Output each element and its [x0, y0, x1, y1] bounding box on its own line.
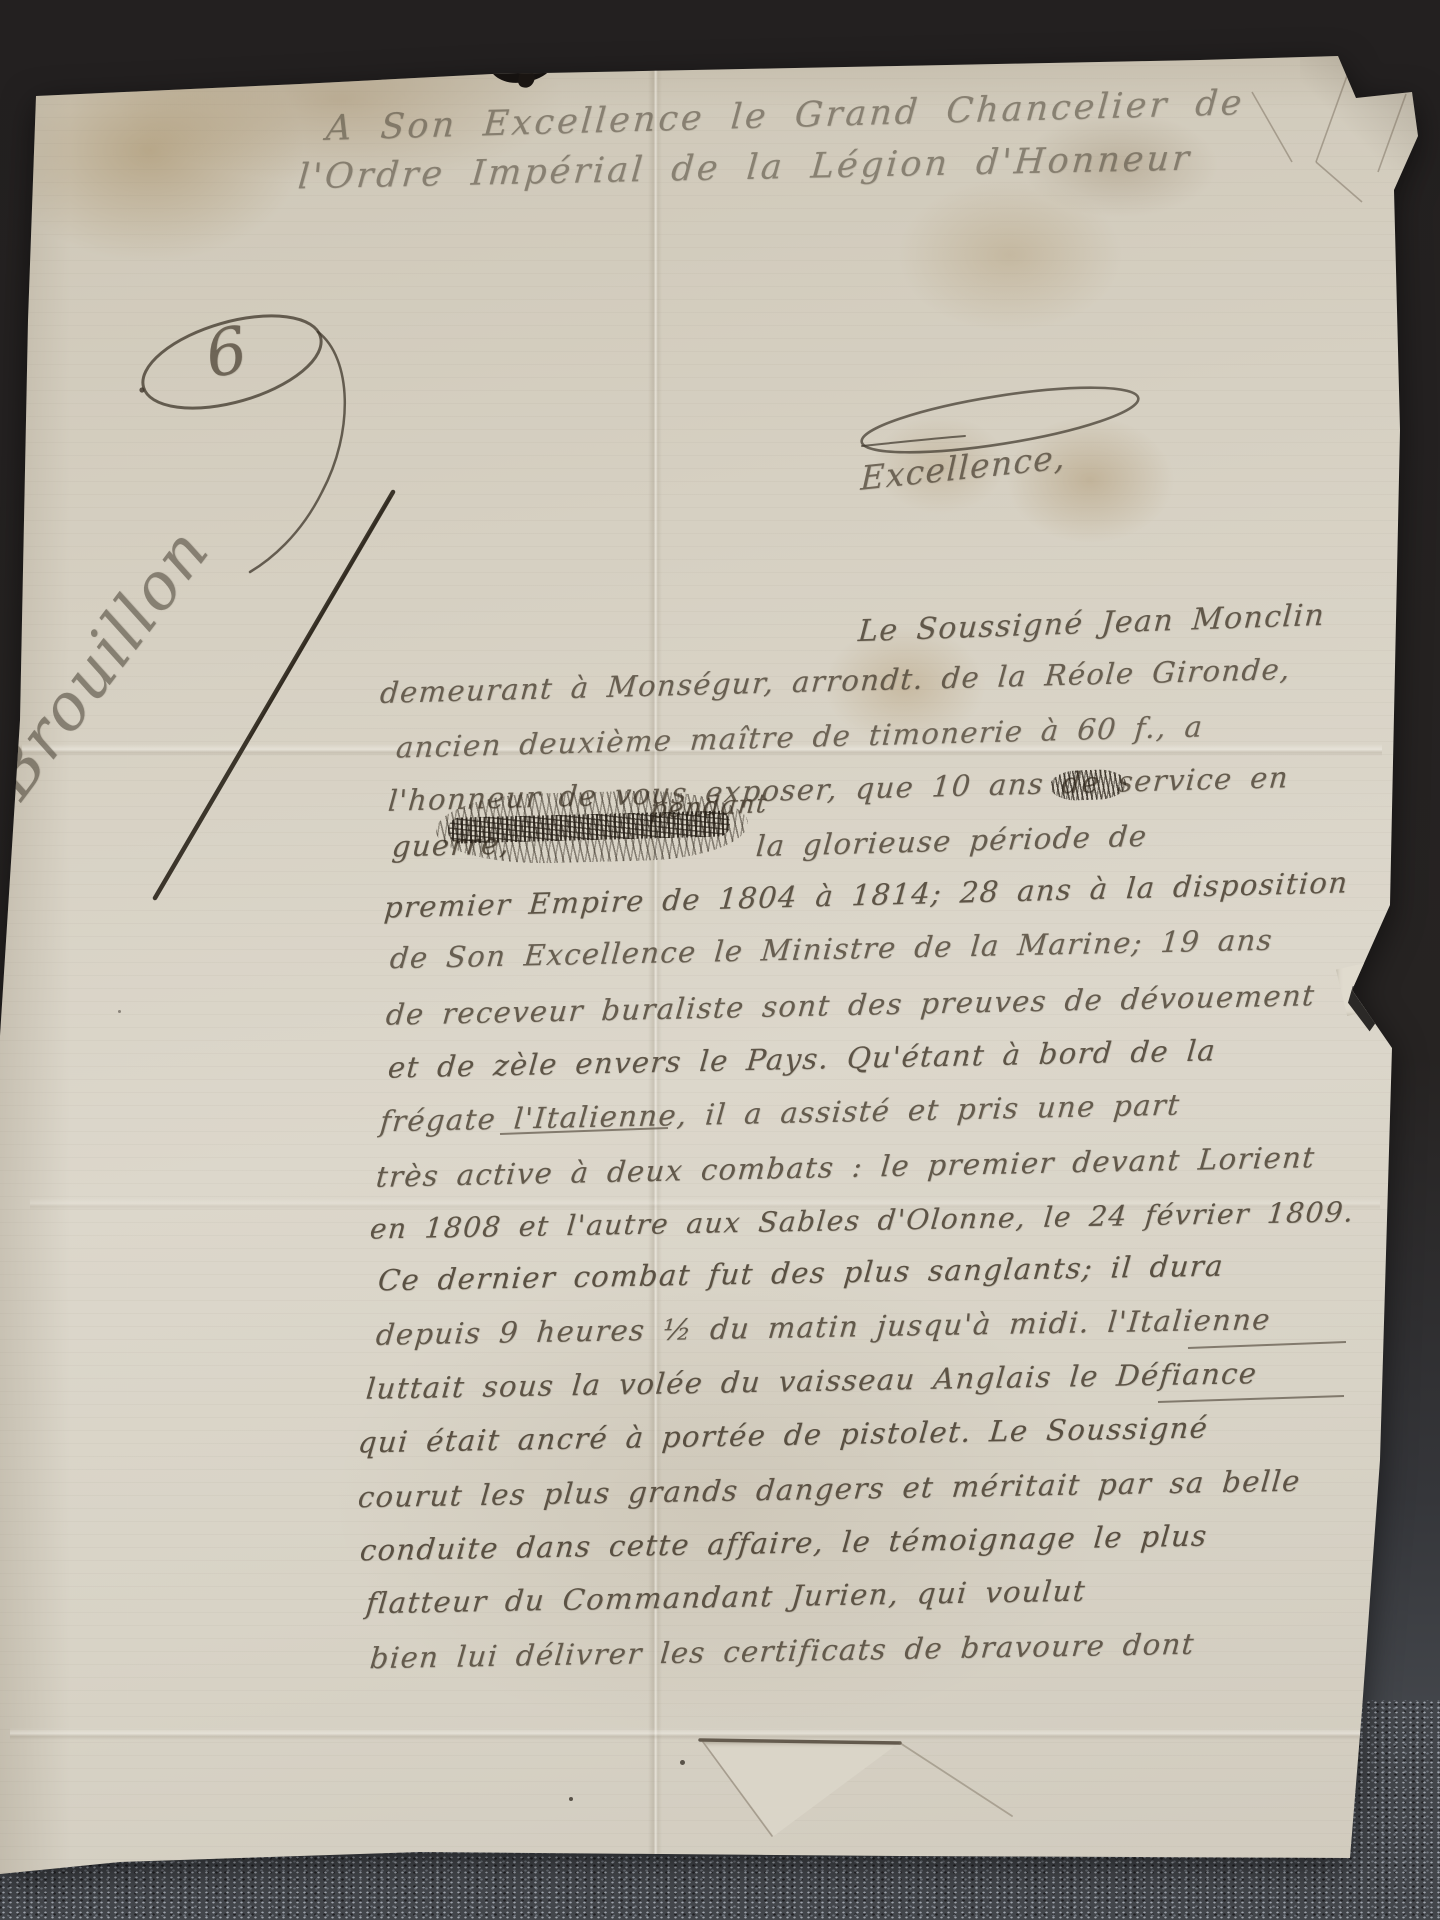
manuscript-line-8: de Son Excellence le Ministre de la Mari…: [389, 923, 1275, 976]
manuscript-line-18: courut les plus grands dangers et mérita…: [357, 1464, 1303, 1515]
manuscript-line-11: frégate l'Italienne, il a assisté et pri…: [379, 1088, 1182, 1139]
right-edge-tear: [1348, 982, 1396, 1034]
manuscript-line-7: premier Empire de 1804 à 1814; 28 ans à …: [383, 865, 1350, 924]
manuscript-line-20: flatteur du Commandant Jurien, qui voulu…: [365, 1574, 1088, 1621]
top-edge-tear-hole: [483, 21, 562, 86]
manuscript-line-10: et de zèle envers le Pays. Qu'étant à bo…: [387, 1033, 1218, 1084]
letter-header-line2: l'Ordre Impérial de la Légion d'Honneur: [296, 139, 1193, 198]
salutation: Excellence,: [860, 437, 1067, 498]
manuscript-line-19: conduite dans cette affaire, le témoigna…: [359, 1519, 1210, 1568]
paper-wrap: A Son Excellence le Grand Chancelier de …: [0, 0, 1440, 1920]
bottom-fold-flap: [700, 1740, 905, 1840]
manuscript-line-2: demeurant à Monségur, arrondt. de la Réo…: [379, 652, 1292, 710]
horizontal-fold-crease-bottom: [10, 1728, 1370, 1740]
paper-speck: [118, 1010, 121, 1013]
right-edge-fold-flap: [1336, 958, 1392, 1016]
photo-scene: A Son Excellence le Grand Chancelier de …: [0, 0, 1440, 1920]
margin-draft-label: Brouillon: [0, 515, 224, 812]
manuscript-line-17: qui était ancré à portée de pistolet. Le…: [357, 1411, 1210, 1460]
margin-numeral: 6: [200, 313, 254, 393]
manuscript-line-1: Le Soussigné Jean Monclin: [857, 598, 1326, 649]
manuscript-line-14: Ce dernier combat fut des plus sanglants…: [377, 1249, 1226, 1298]
crumpled-corner-shading: [1300, 50, 1430, 170]
paper-speck: [680, 1760, 685, 1765]
crosshatch-erasure: [435, 788, 749, 866]
manuscript-line-9: de receveur buraliste sont des preuves d…: [385, 978, 1317, 1032]
manuscript-line-16: luttait sous la volée du vaisseau Anglai…: [365, 1356, 1259, 1406]
letter-header-line1: A Son Excellence le Grand Chancelier de: [325, 83, 1246, 149]
manuscript-line-6: la glorieuse période de: [755, 819, 1149, 863]
manuscript-line-21: bien lui délivrer les certificats de bra…: [369, 1627, 1197, 1675]
paper-sheet: A Son Excellence le Grand Chancelier de …: [0, 0, 1440, 1920]
manuscript-line-3: ancien deuxième maître de timonerie à 60…: [395, 709, 1205, 764]
paper-speck: [569, 1797, 573, 1801]
manuscript-line-12: très active à deux combats : le premier …: [375, 1140, 1317, 1194]
manuscript-line-15: depuis 9 heures ½ du matin jusqu'à midi.…: [375, 1302, 1273, 1352]
